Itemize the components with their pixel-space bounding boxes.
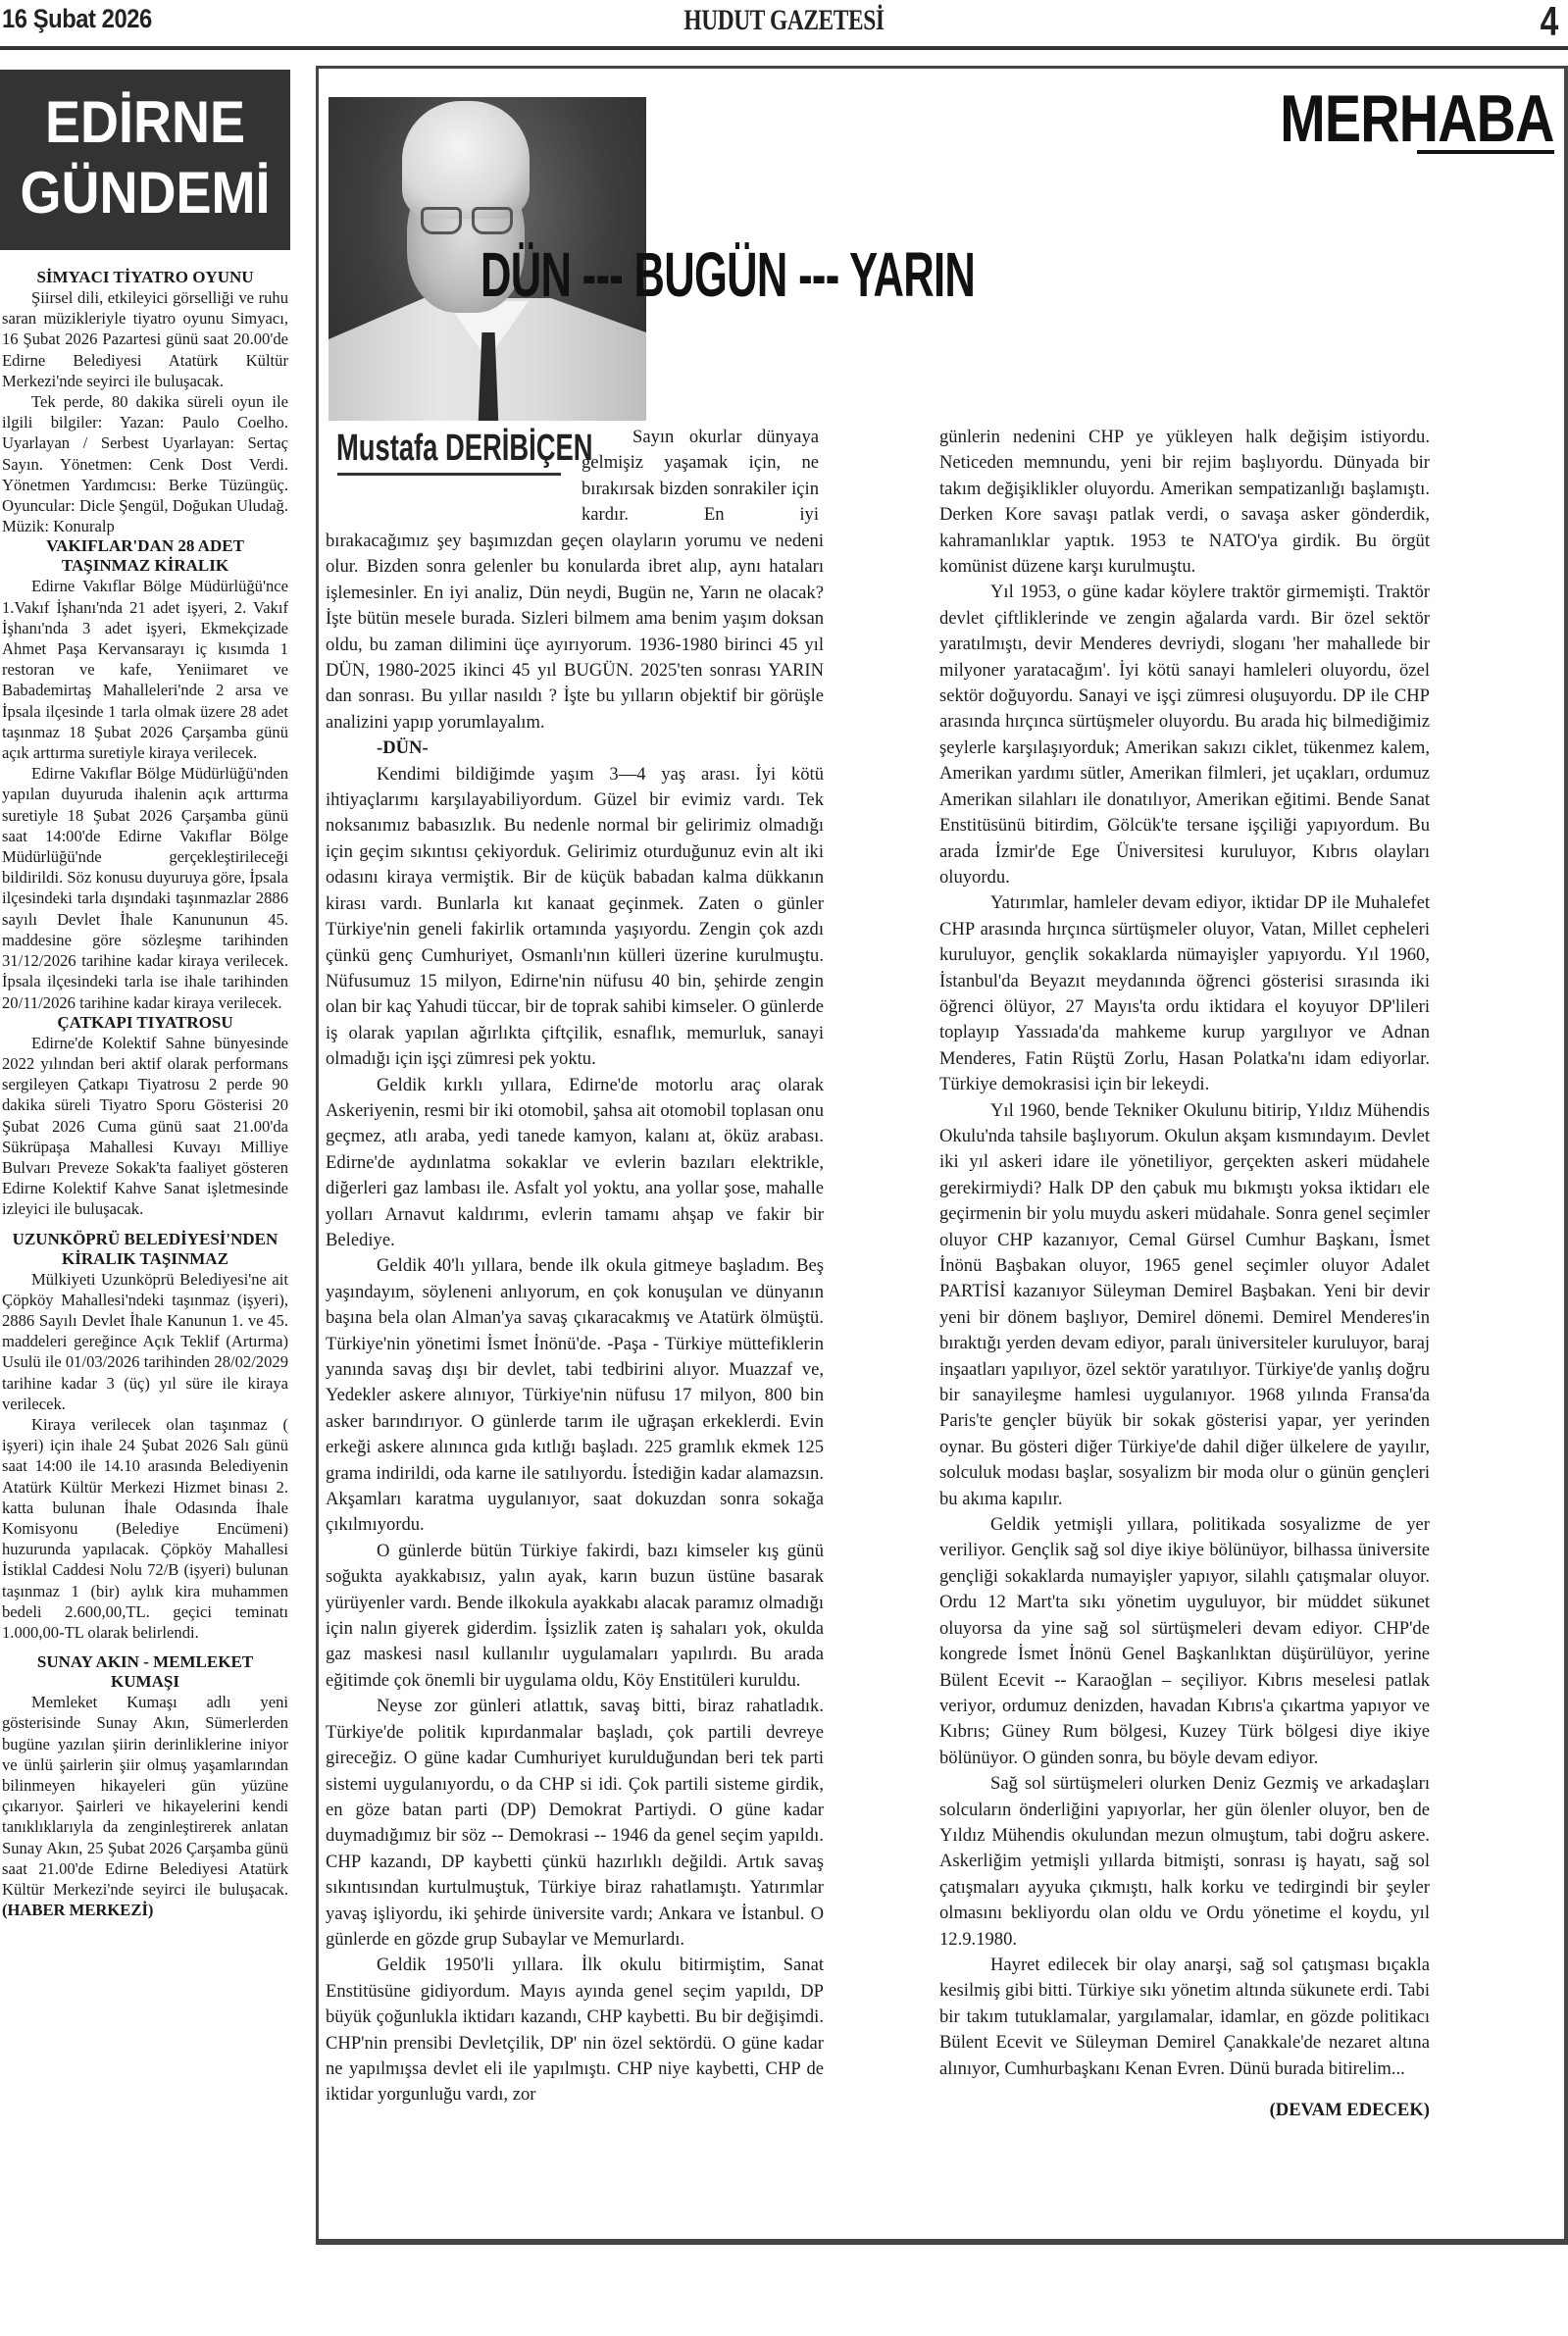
article-right-column: günlerin nedenini CHP ye yükleyen halk d…: [939, 425, 1430, 2123]
news-headline: SUNAY AKIN - MEMLEKET KUMAŞI: [2, 1652, 288, 1692]
masthead-divider: [0, 46, 1568, 50]
news-paragraph: Edirne Vakıflar Bölge Müdürlüğü'nden yap…: [2, 763, 288, 1012]
article-paragraph: Yıl 1960, bende Tekniker Okulunu bitirip…: [939, 1098, 1430, 1513]
article-left-column: bırakacağımız şey başımızdan geçen olayl…: [326, 529, 824, 2108]
section-title-line1: EDİRNE: [15, 87, 276, 158]
news-headline: UZUNKÖPRÜ BELEDİYESİ'NDEN KİRALIK TAŞINM…: [2, 1230, 288, 1269]
news-item: ÇATKAPI TIYATROSU Edirne'de Kolektif Sah…: [2, 1013, 288, 1220]
section-title-line2: GÜNDEMİ: [15, 158, 276, 229]
portrait-glasses: [421, 207, 515, 236]
news-paragraph: Edirne'de Kolektif Sahne bünyesinde 2022…: [2, 1033, 288, 1220]
news-item: UZUNKÖPRÜ BELEDİYESİ'NDEN KİRALIK TAŞINM…: [2, 1230, 288, 1644]
continuation-note: (DEVAM EDECEK): [939, 2098, 1430, 2123]
news-paragraph-text: Memleket Kumaşı adlı yeni gösterisinde S…: [2, 1693, 288, 1899]
intro-paragraph: Sayın okurlar dünyaya gelmişiz yaşamak i…: [582, 425, 819, 529]
article-paragraph: günlerin nedenini CHP ye yükleyen halk d…: [939, 425, 1430, 580]
article-paragraph: Hayret edilecek bir olay anarşi, sağ sol…: [939, 1953, 1430, 2082]
article-paragraph: O günlerde bütün Türkiye fakirdi, bazı k…: [326, 1539, 824, 1694]
article-paragraph: Yatırımlar, hamleler devam ediyor, iktid…: [939, 890, 1430, 1097]
news-paragraph: Mülkiyeti Uzunköprü Belediyesi'ne ait Çö…: [2, 1269, 288, 1414]
article-paragraph: Kendimi bildiğimde yaşım 3—4 yaş arası. …: [326, 762, 824, 1073]
issue-date: 16 Şubat 2026: [2, 4, 152, 34]
author-byline: Mustafa DERİBİÇEN: [336, 427, 496, 470]
article-paragraph: Geldik 1950'li yıllara. İlk okulu bitirm…: [326, 1953, 824, 2107]
news-item: VAKIFLAR'DAN 28 ADET TAŞINMAZ KİRALIK Ed…: [2, 536, 288, 1012]
portrait-hair: [402, 101, 530, 219]
article-paragraph: Sağ sol sürtüşmeleri olurken Deniz Gezmi…: [939, 1771, 1430, 1953]
masthead: 16 Şubat 2026 HUDUT GAZETESİ 4: [0, 0, 1568, 49]
article-paragraph: Neyse zor günleri atlattık, savaş bitti,…: [326, 1694, 824, 1953]
news-item: SUNAY AKIN - MEMLEKET KUMAŞI Memleket Ku…: [2, 1652, 288, 1920]
edirne-agenda-column: EDİRNE GÜNDEMİ SİMYACI TİYATRO OYUNU Şii…: [0, 70, 292, 2325]
news-paragraph: Tek perde, 80 dakika süreli oyun ile ilg…: [2, 391, 288, 536]
newspaper-name: HUDUT GAZETESİ: [173, 4, 1395, 37]
article-paragraph: Yıl 1953, o güne kadar köylere traktör g…: [939, 580, 1430, 890]
news-paragraph: Memleket Kumaşı adlı yeni gösterisinde S…: [2, 1692, 288, 1920]
article-paragraph: Geldik 40'lı yıllara, bende ilk okula gi…: [326, 1253, 824, 1538]
news-item: SİMYACI TİYATRO OYUNU Şiirsel dili, etki…: [2, 268, 288, 536]
news-headline: VAKIFLAR'DAN 28 ADET TAŞINMAZ KİRALIK: [2, 536, 288, 576]
column-name: MERHABA: [1281, 85, 1554, 152]
section-title-box: EDİRNE GÜNDEMİ: [0, 70, 290, 250]
article-paragraph: Geldik kırklı yıllara, Edirne'de motorlu…: [326, 1073, 824, 1254]
news-credit: (HABER MERKEZİ): [2, 1901, 153, 1919]
article-subheading: -DÜN-: [326, 736, 824, 761]
news-headline: SİMYACI TİYATRO OYUNU: [2, 268, 288, 287]
news-paragraph: Kiraya verilecek olan taşınmaz ( işyeri)…: [2, 1414, 288, 1643]
news-headline: ÇATKAPI TIYATROSU: [2, 1013, 288, 1033]
column-name-underline: [1417, 150, 1554, 154]
article-intro: Sayın okurlar dünyaya gelmişiz yaşamak i…: [582, 425, 819, 529]
article-paragraph: bırakacağımız şey başımızdan geçen olayl…: [326, 529, 824, 736]
news-paragraph: Edirne Vakıflar Bölge Müdürlüğü'nce 1.Va…: [2, 576, 288, 763]
byline-underline: [337, 473, 561, 476]
page-number: 4: [1540, 0, 1558, 45]
article-headline: DÜN --- BUGÜN --- YARIN: [481, 243, 981, 306]
article-paragraph: Geldik yetmişli yıllara, politikada sosy…: [939, 1512, 1430, 1771]
news-list: SİMYACI TİYATRO OYUNU Şiirsel dili, etki…: [0, 268, 292, 1920]
news-paragraph: Şiirsel dili, etkileyici görselliği ve r…: [2, 287, 288, 391]
opinion-article: MERHABA DÜN --- BUGÜN --- YARIN Mustafa …: [316, 66, 1568, 2245]
